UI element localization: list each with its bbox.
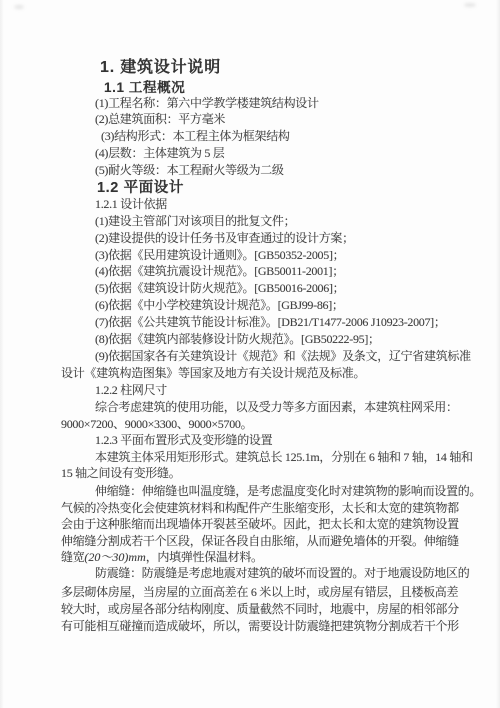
expansion-joint-line: 伸缩缝分割成若干个区段，保证各段自由胀缩，从而避免墙体的开裂。伸缩缝: [61, 534, 459, 549]
seismic-joint-line: 有可能相互碰撞而造成破坏，所以，需要设计防震缝把建筑物分割成若干个形: [61, 619, 459, 634]
scan-edge-shadow-right: [496, 0, 500, 708]
joint-width-suffix: ，内填弹性保温材料。: [146, 550, 263, 564]
column-grid-line-2: 9000×7200、9000×3300、9000×5700。: [61, 417, 252, 432]
section-1-2-heading: 1.2 平面设计: [97, 181, 184, 196]
sub-1-2-1-heading: 1.2.1 设计依据: [95, 197, 167, 212]
document-page: 1. 建筑设计说明 1.1 工程概况 (1)工程名称：第六中学教学楼建筑结构设计…: [0, 0, 500, 708]
scan-artifact: [464, 3, 476, 7]
basis-item: (4)依据《建筑抗震设计规范》。[GB50011-2001]；: [95, 264, 344, 279]
main-title: 1. 建筑设计说明: [100, 60, 221, 75]
basis-item: (8)依据《建筑内部装修设计防火规范》。[GB50222-95]；: [95, 332, 380, 347]
expansion-joint-line: 缝宽(20～30)mm，内填弹性保温材料。: [61, 550, 263, 565]
basis-item-continuation: 设计《建筑构造图集》等国家及地方有关设计规范及标准。: [61, 366, 365, 381]
column-grid-line-1: 综合考虑建筑的使用功能，以及受力等多方面因素，本建筑柱网采用：: [95, 400, 458, 415]
basis-item: (7)依据《公共建筑节能设计标准》。[DB21/T1477-2006 J1092…: [95, 315, 446, 330]
layout-paragraph-line: 15 轴之间设有变形缝。: [61, 466, 180, 481]
list-item-storeys: (4)层数：主体建筑为 5 层: [95, 146, 225, 161]
seismic-joint-line: 较大时，或房屋各部分结构刚度、质量截然不同时，地震中，房屋的相邻部分: [61, 602, 459, 617]
basis-item: (1)建设主管部门对该项目的批复文件；: [95, 214, 295, 229]
expansion-joint-line: 气候的冷热变化会使建筑材料和构配件产生胀缩变形，太长和太宽的建筑物都: [61, 501, 459, 516]
section-1-1-heading: 1.1 工程概况: [104, 80, 185, 95]
list-item-fire-rating: (5)耐火等级：本工程耐火等级为二级: [95, 163, 284, 178]
joint-width-formula: (20～30)mm: [84, 550, 145, 564]
scan-edge-shadow-left: [0, 0, 4, 708]
joint-width-prefix: 缝宽: [61, 550, 84, 564]
sub-1-2-3-heading: 1.2.3 平面布置形式及变形缝的设置: [95, 433, 272, 448]
layout-paragraph-line: 本建筑主体采用矩形形式。建筑总长 125.1m，分别在 6 轴和 7 轴，14 …: [95, 450, 473, 465]
basis-item: (6)依据《中小学校建筑设计规范》。[GBJ99-86]；: [95, 298, 344, 313]
basis-item: (2)建设提供的设计任务书及审查通过的设计方案；: [95, 231, 354, 246]
basis-item: (3)依据《民用建筑设计通则》。[GB50352-2005]；: [95, 248, 344, 263]
sub-1-2-2-heading: 1.2.2 柱网尺寸: [95, 383, 167, 398]
list-item-project-name: (1)工程名称：第六中学教学楼建筑结构设计: [95, 96, 319, 111]
seismic-joint-line: 多层砌体房屋，当房屋的立面高差在 6 米以上时，或房屋有错层，且楼板高差: [61, 585, 458, 600]
basis-item: (5)依据《建筑设计防火规范》。[GB50016-2006]；: [95, 281, 344, 296]
expansion-joint-line: 伸缩缝：伸缩缝也叫温度缝，是考虑温度变化时对建筑物的影响而设置的。: [95, 484, 481, 499]
list-item-structure: (3)结构形式：本工程主体为框架结构: [101, 129, 290, 144]
basis-item: (9)依据国家各有关建筑设计《规范》和《法规》及条文，辽宁省建筑标准: [95, 349, 471, 364]
list-item-total-area: (2)总建筑面积：平方毫米: [95, 112, 225, 127]
expansion-joint-line: 会由于这种胀缩而出现墙体开裂甚至破坏。因此，把太长和太宽的建筑物设置: [61, 517, 459, 532]
seismic-joint-line: 防震缝：防震缝是考虑地震对建筑的破坏而设置的。对于地震设防地区的: [95, 566, 469, 581]
scan-artifact: [14, 5, 24, 9]
